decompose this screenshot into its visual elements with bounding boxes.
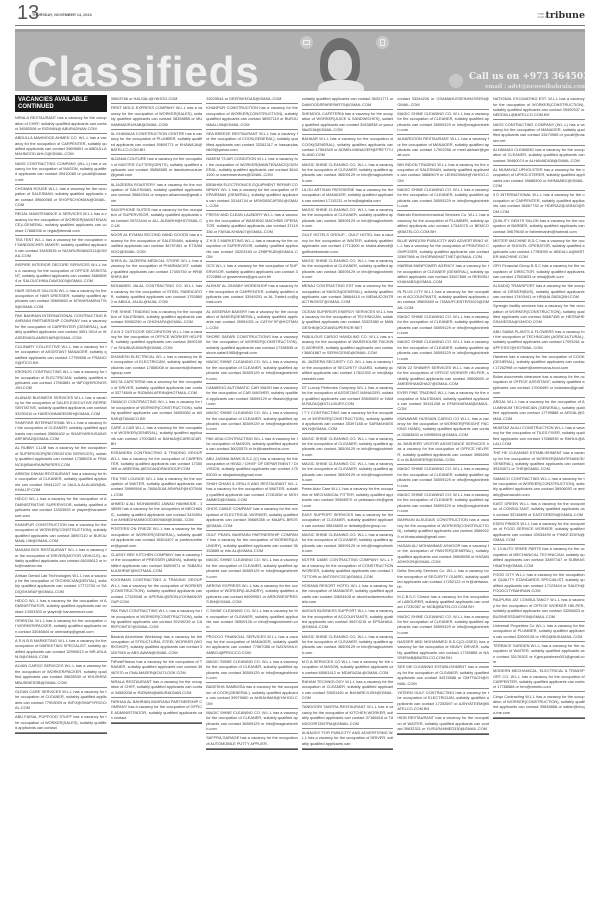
- classified-ad: MAGIC SHINE CLEANING CO. W.L.L has a vac…: [206, 556, 298, 581]
- classified-ad: HIDCO W.L.L has a vacancy for the occupa…: [15, 597, 107, 617]
- call-icon: [449, 74, 463, 88]
- classified-ad: KHANPUR CONSTRUCTION has a vacancy for t…: [206, 104, 298, 129]
- classified-ad: MUMTAZ ALALI CONSTRUCTION W.L.L has a va…: [493, 424, 585, 449]
- classified-ad: MOHAMED JALAL CONTRACTING CO. W.L.L has …: [111, 282, 203, 307]
- classified-ad: FABULOUS CARGO HANDLING CO. W.L.L has a …: [302, 333, 394, 358]
- classified-ad: DHANESH ELECTRICAL W.L.L has a vacancy f…: [111, 353, 203, 378]
- column-divider: [206, 749, 298, 750]
- classified-ad: CULINARY COLLECTIVE W.L.L has a vacancy …: [15, 343, 107, 368]
- classified-ad: Bahrain Electromechanical Services Co. W…: [397, 211, 489, 236]
- classified-ad: MAGIC SHINE CLEANING CO. W.L.L has a vac…: [397, 110, 489, 135]
- contact-email: email : advt@newsofbahrain.com: [485, 84, 585, 90]
- classified-ad: CARE 4 CAR W.L.L has a vacancy for the o…: [111, 424, 203, 449]
- classified-ad: EASY SUPPORT SERVICES has a vacancy for …: [302, 511, 394, 531]
- classified-ad: Cinqo Contracting W.L.L has a vacancy fo…: [493, 692, 585, 717]
- classified-ad: M.C.B.S.C Closed has a vacancy for the o…: [397, 592, 489, 612]
- classified-ad: ARBOW DIWAN RESTAURANT has a vacancy for…: [15, 470, 107, 495]
- column-divider: [111, 723, 203, 724]
- classified-ad: MAKANI BOX RESTAURANT W.L.L has a vacanc…: [15, 546, 107, 571]
- classified-ad: OFH Financial Group B.S.C has a vacancy …: [493, 262, 585, 282]
- classified-ad: MAGIC SHINE CLEANING CO. W.L.L has a vac…: [302, 434, 394, 459]
- classified-ad: PAK ASIA CONTRACTING W.L.L has a vacancy…: [206, 434, 298, 454]
- classified-ad: MAGIC SHINE CLEANING CO. W.L.L has a vac…: [397, 338, 489, 363]
- classified-ad: ALVAN CARGO SERVICES W.L.L has a vacancy…: [15, 662, 107, 687]
- classified-ad: Hardees has a vacancy for the occupation…: [493, 353, 585, 373]
- ads-columns: VACANCIES AVAILABLE CONTINUEDNIRALA REST…: [15, 95, 585, 859]
- column-divider: [302, 749, 394, 750]
- classified-ad: SEA BREEZE RESTAURANT W.L.L has a vacanc…: [206, 130, 298, 155]
- classified-ad: PAK RAVI CONTRACTING W.L.L has a vacancy…: [111, 607, 203, 632]
- classified-ad: MAGIC SHINE CLEANING CO. W.L.L has a vac…: [302, 531, 394, 556]
- classified-ad: MAGIC SHINE CLEANING CO. W.L.L has a vac…: [302, 206, 394, 231]
- classified-ad: INSPIRE INTERIOR DECORE SERVICES W.L.L h…: [15, 261, 107, 286]
- classified-ad: contact 33344226 or OSAMAHUSSEINHUSSEIN@…: [397, 95, 489, 110]
- classified-ad: MAGIC SHINE CLEANING CO. W.L.L has a vac…: [397, 612, 489, 637]
- classified-ad: Z A N Z OUTDOOR DECORATION W.L.L has a v…: [111, 327, 203, 352]
- classified-ad: ALBARDOON RESTAURANT W.L.L has a vacancy…: [397, 135, 489, 160]
- operator-illustration: [318, 36, 360, 91]
- mail-icon: [300, 36, 313, 49]
- ad-column-4: suitably qualified applicants can contac…: [302, 95, 394, 859]
- classified-ad: YATEEM GULF CONTRACTING has a vacancy fo…: [397, 689, 489, 714]
- phone-icon: [376, 36, 389, 49]
- classified-ad: HIDB RESTAURANT has a vacancy for the oc…: [397, 714, 489, 734]
- classified-ad: QUALITY GENTS SALON has a vacancy for th…: [493, 217, 585, 237]
- classified-ad: AL JAZEERA SECURITY CO. W.L.L has a vaca…: [302, 358, 394, 383]
- classified-ad: TEA TENT W.L.L has a vacancy for the occ…: [15, 236, 107, 261]
- logo-text: tribune: [545, 10, 585, 21]
- classified-ad: MODERN MECHANICAL, ELECTRICAL & TRANSPOR…: [493, 667, 585, 692]
- classified-ad: Bavaria Aluminium Workshop has a vacancy…: [111, 632, 203, 657]
- classified-ad: ALKHAT AL ZAHABY WORKSHOP has a vacancy …: [206, 282, 298, 307]
- classified-ad: ARGAL W.L.L has a vacancy for the occupa…: [493, 398, 585, 423]
- classified-ad: BAHRAIN ALSUDAIS CONSTRUCTION has a vaca…: [397, 516, 489, 541]
- ad-column-2: 39603766 or HALSALI@YAHOO.COMFIRST MOLD …: [111, 95, 203, 859]
- classified-ad: NATIONAL EXCAVATING EST. W.L.L has a vac…: [493, 95, 585, 120]
- classified-ad: MISTER MACHINE B.S.C has a vacancy for t…: [493, 237, 585, 262]
- classified-ad: 3 D INTERNATIONAL W.L.L has a vacancy fo…: [493, 191, 585, 216]
- classified-ad: ALNAGDY FOR PUBLICITY AND ADVERTISING W.…: [302, 729, 394, 749]
- classified-ad: FRESH AND CLEAN LAUNDRY W.L.L has a vaca…: [206, 211, 298, 236]
- classified-ad: CHOMAN HOUSE W.L.L has a vacancy for the…: [15, 185, 107, 210]
- classified-ad: DT Luxury Perfumes Company W.L.L has a v…: [302, 384, 394, 409]
- classified-ad: MAGIC SHINE CLEANING CO. W.L.L has a vac…: [206, 658, 298, 683]
- classified-ad: ALJAZEERA ROASTERY has a vacancy for the…: [111, 180, 203, 205]
- classified-ad: CAMARGO AUTOMATIC CAR WASH has a vacancy…: [206, 384, 298, 409]
- classified-ad: ALANASI BUSINESS SERVICES W.L.L has a va…: [15, 393, 107, 418]
- classified-ad: EDEN PINKES W.L.L has a vacancy for the …: [493, 520, 585, 545]
- newspaper-logo[interactable]: THE DAILYtribune: [537, 10, 585, 21]
- classified-ad: KHANPUR CONSTRUCTION has a vacancy for t…: [15, 521, 107, 546]
- classified-ad: MARINA MANPOWER AGENCY has a vacancy for…: [397, 262, 489, 287]
- classified-ad: PAK BAHRAIN INTERNATIONAL CONTRACTING BA…: [15, 312, 107, 343]
- classified-ad: SHIFA AL JAZEERA MEDICAL STORE W.L.L has…: [111, 257, 203, 282]
- classified-ad: Bolan documents clearance has a vacancy …: [493, 373, 585, 398]
- classified-ad: I T Y CONTRACTING has a vacancy for the …: [302, 409, 394, 434]
- classified-ad: BIN INDON TRADING W.L.L has a vacancy fo…: [397, 160, 489, 185]
- classified-ad: MAGIC SHINE CLEANING CO. W.L.L has a vac…: [397, 491, 489, 516]
- classified-ad: Z H B 2 MARKETING W.L.L has a vacancy fo…: [206, 237, 298, 262]
- classified-ad: BLUE WINDOW PUBLICITY AND ADVERTISING W.…: [397, 237, 489, 262]
- classified-ad: ALDANA COUTURE has a vacancy for the occ…: [111, 155, 203, 180]
- section-heading: VACANCIES AVAILABLE CONTINUED: [15, 95, 107, 112]
- classifieds-banner: Classifieds Call us on +973 36450394 ema…: [15, 29, 585, 91]
- classified-ad: Petes Auto Care W.L.L has a vacancy for …: [302, 485, 394, 510]
- contact-phone: Call us on +973 36450394: [469, 72, 585, 82]
- classified-ad: NAEEM 73 AIR CONDITION W.L.L has a vacan…: [206, 155, 298, 180]
- ad-column-1: VACANCIES AVAILABLE CONTINUEDNIRALA REST…: [15, 95, 107, 859]
- classified-ad: ALHAMADI CLEANING has a vacancy for the …: [493, 146, 585, 166]
- classified-ad: DELTA CAFETERIA has a vacancy for the oc…: [111, 378, 203, 398]
- classified-ad: NOTRE DAME CONTRACTING COMPANY W.L.L has…: [302, 556, 394, 581]
- classified-ad: SHAH GHANI & GRILLS AND RESTAURANT W.L.L…: [206, 480, 298, 505]
- classified-ad: OCEAN SUPERIOR ENERGY SERVICES W.L.L has…: [302, 307, 394, 332]
- ad-column-3: 33025544 or DEEPAKEDAS@GMAIL.COMKHANPUR …: [206, 95, 298, 859]
- classified-ad: GLEAN CARE SERVICES W.L.L has a vacancy …: [15, 688, 107, 713]
- classified-ad: HOSANA RESORT HOTEL W.L.L has a vacancy …: [302, 582, 394, 607]
- classified-ad: MAGIC SHINE CLEANING CO. W.L.L has a vac…: [206, 409, 298, 434]
- classified-ad: IN PLUS CITY W.L.L has a vacancy for the…: [397, 287, 489, 312]
- column-divider: [493, 718, 585, 719]
- classified-ad: THE SHINE TRADING has a vacancy for the …: [111, 307, 203, 327]
- classified-ad: 33025544 or DEEPAKEDAS@GMAIL.COM: [206, 95, 298, 104]
- classified-ad: AL ASSERAH BAKERY has a vacancy for the …: [206, 307, 298, 332]
- classified-ad: ABU SAIBA PLANTS & FLOWERS has a vacancy…: [493, 327, 585, 352]
- classified-ad: MAGIC SHINE CLEANING CO. W.L.L has a vac…: [302, 257, 394, 282]
- classified-ad: V. 13 AUTO SPARE PARTS has a vacancy for…: [493, 545, 585, 570]
- classified-ad: CLASSY BEE KITCHEN COMPANY has a vacancy…: [111, 551, 203, 576]
- classified-ad: ORIENTAL W.L.L has a vacancy for the occ…: [15, 617, 107, 637]
- classified-ad: AMOUS BUSINESS SUPPORT W.L.L has a vacan…: [302, 607, 394, 632]
- classified-ad: suitably qualified applicants can contac…: [302, 95, 394, 110]
- classified-ad: 39603766 or HALSALI@YAHOO.COM: [111, 95, 203, 104]
- ad-column-6: NATIONAL EXCAVATING EST. W.L.L has a vac…: [493, 95, 585, 859]
- classified-ad: MAGIC SHINE CLEANING CO. W.L.L has a vac…: [302, 460, 394, 485]
- classified-ad: GULF PEARL BAHRAINI PARTNERSHIP COMPANY …: [206, 531, 298, 556]
- classified-ad: SEE ME CLEANING ESTABLISHMENT has a vaca…: [397, 663, 489, 688]
- classified-ad: MAGIC SHINE CLEANING CO. W.L.L has a vac…: [302, 160, 394, 185]
- masthead: 13 THURSDAY, NOVEMBER 14, 2024 THE DAILY…: [15, 2, 585, 26]
- classified-ad: RAJPURA JAT CONSULTANCY W.L.L has a vaca…: [493, 596, 585, 621]
- classified-ad: NIRALA RESTAURANT has a vacancy for the …: [15, 114, 107, 134]
- classified-ad: GHOS CABLE COMPANY has a vacancy for the…: [206, 505, 298, 530]
- classified-ad: FOOD CITY W.L.L has a vacancy for the oc…: [493, 571, 585, 596]
- classified-ad: NASSER ABD MOHAMMED B.S.C(CLOSED) has a …: [397, 638, 489, 663]
- classified-ad: BADESHA SAMBOSA has a vacancy for the oc…: [206, 683, 298, 708]
- classified-ad: BAHAAR W.L.L has a vacancy for the occup…: [302, 135, 394, 160]
- classified-ad: RAHAM TECHNOLOGY W.L.L has a vacancy for…: [302, 678, 394, 703]
- classified-ad: FARHAA AL BAHRAIN BAHRAINI PARTNERSHIP C…: [111, 698, 203, 723]
- classified-ad: EVER FINE TRADING W.L.L has a vacancy fo…: [397, 389, 489, 414]
- classified-ad: ARROW EXPRESS W.L.L has a vacancy for th…: [206, 582, 298, 607]
- classified-ad: NIRALA RESTAURANT has a vacancy for the …: [111, 678, 203, 698]
- classified-ad: NASS CONTRACTING COMPANY (W.L.L) has a v…: [493, 120, 585, 145]
- classified-ad: SAMACO CONTRACTING W.L.L has a vacancy f…: [493, 474, 585, 499]
- classified-ad: Synergic facility services has a vacancy…: [493, 302, 585, 327]
- classified-ad: AL BASHEER VISITOR ASSISTANCE SERVICES h…: [397, 440, 489, 465]
- classified-ad: MENAJ CONTRACTING EST has a vacancy for …: [302, 282, 394, 307]
- classified-ad: POSTERS ON FRIEZE W.L.L has a vacancy fo…: [111, 525, 203, 550]
- classified-ad: SAXOPHONE SUITES has a vacancy for the o…: [111, 206, 203, 231]
- classified-ad: NASS CONTRACTING COMPANY (W.L.L) has a v…: [15, 159, 107, 184]
- classified-ad: EAST GREEN W.L.L has a vacancy for the o…: [493, 500, 585, 520]
- classified-ad: PROCCO FINANCIAL SERVICES W.L.L has a va…: [206, 632, 298, 657]
- classified-ad: LILOU ARTISAN PATISSERIE has a vacancy f…: [302, 186, 394, 206]
- classified-ad: NEW 22 SHAWRY SERVICES W.L.L has a vacan…: [397, 364, 489, 389]
- classified-ad: TANDOORI TANTRA RESTAURANT W.L.L has a v…: [302, 703, 394, 728]
- classified-ad: MUNAWAR HUSSAIN CARGO CO W.L.L has a vac…: [397, 414, 489, 439]
- classified-ad: C SHINE CLEANING CO. W.L.L has a vacancy…: [206, 607, 298, 632]
- classified-ad: MAGIC SHINE CLEANING CO. W.L.L has a vac…: [397, 465, 489, 490]
- classified-ad: AL KHAWAJA CONSTRUCTION CENTRE has a vac…: [111, 130, 203, 155]
- classified-ad: HAIR GENIUS SALOON W.L.L has a vacancy f…: [15, 286, 107, 311]
- classified-ad: Delta Security Services Co. W.L.L has a …: [397, 567, 489, 592]
- classified-ad: ABDULLA MAHMOOD AHMED CO. W.L.L has a va…: [15, 134, 107, 159]
- classified-ad: ALSADIQ TRANSPORT has a vacancy for the …: [493, 282, 585, 302]
- classified-ad: Artisan Dental Lab Technologies W.L.L ha…: [15, 571, 107, 596]
- classified-ad: GCS W.L.L has a vacancy for the occupati…: [206, 262, 298, 282]
- classified-ad: FIRST MOLD EXPRESS COMPANY W.L.L has a v…: [111, 104, 203, 129]
- classified-ad: KOOHMAN CONTRACTING & TRADING GROUP W.L.…: [111, 576, 203, 607]
- classified-ad: SHORE SAFARI CONSTRUCTIONS has a vacancy…: [206, 333, 298, 358]
- classified-ad: MAGIC SHINE CLEANING CO. W.L.L has a vac…: [206, 358, 298, 383]
- classified-ad: REGAL MAINTENANCE & SERVICES W.L.L has a…: [15, 210, 107, 235]
- classified-ad: AHMED & ALI MOHAMMED JAWAD HAMMODE - 148…: [111, 500, 203, 525]
- column-divider: [15, 733, 107, 734]
- classified-ad: FitFastFitness has a vacancy for the occ…: [111, 658, 203, 678]
- classified-ad: ABU FAISAL POPFOOD STUFF has a vacancy f…: [15, 713, 107, 733]
- classified-ad: A S N B B MARKETING W.L.L has a vacancy …: [15, 637, 107, 662]
- classified-ad: SHEMOOL CAFETERIA has a vacancy for the …: [302, 110, 394, 135]
- classified-ad: IBRAHIM ELECTRONICS EQUIPMENT REPAIR COM…: [206, 180, 298, 211]
- classified-ad: MAGIC SHINE CLEANING CO. W.L.L has a vac…: [302, 632, 394, 657]
- column-divider: [397, 734, 489, 735]
- classified-ad: MAGIC SHINE CLEANING CO. W.L.L has a vac…: [397, 186, 489, 211]
- classified-ad: THE HE CLEANING ESTABLISHMENT has a vaca…: [493, 449, 585, 474]
- classified-ad: ABU JASIMA BANK B.S.C.(C) has a vacancy …: [206, 454, 298, 479]
- classified-ad: Universal Properties Co W.L.L has a vaca…: [493, 622, 585, 642]
- classified-ad: AL RUBBY CLUB has a vacancy for the occu…: [15, 444, 107, 469]
- classified-ad: TAMACO CONTRACTING W.L.L has a vacancy f…: [111, 398, 203, 423]
- ad-column-5: contact 33344226 or OSAMAHUSSEINHUSSEIN@…: [397, 95, 489, 859]
- classified-ad: SHARYAR INTERNATIONAL W.L.L has a vacanc…: [15, 419, 107, 444]
- classified-ad: KRONOS CONTRACTING W.L.L has a vacancy f…: [15, 368, 107, 393]
- classified-ad: SAFFRA GARAGE has a vacancy for the occu…: [206, 734, 298, 749]
- classified-ad: M D A SERVICES CO W.L.L has a vacancy fo…: [302, 658, 394, 678]
- classified-ad: AL MUMAYAZ UPHOLSTER has a vacancy for t…: [493, 166, 585, 191]
- classified-ad: HIDCO W.L.L has a vacancy for the occupa…: [15, 495, 107, 520]
- classified-ad: MAGIC SHINE CLEANING CO. W.L.L has a vac…: [206, 709, 298, 734]
- classified-ad: MAGIC SHINE CLEANING CO. W.L.L has a vac…: [397, 313, 489, 338]
- classified-ad: ESSANDRA CONTRACTING & TRADING GROUP W.L…: [111, 449, 203, 474]
- classified-ad: NOOR AL EYMAN SECOND HAND GOODS has a va…: [111, 231, 203, 256]
- classified-ad: TEA THE LOUNGE W.L.L has a vacancy for t…: [111, 474, 203, 499]
- page-date: THURSDAY, NOVEMBER 14, 2024: [32, 13, 92, 17]
- banner-title: Classifieds: [27, 42, 260, 91]
- classified-ad: HASAN ALI MOHAMMAD ASHOOR has a vacancy …: [397, 542, 489, 567]
- classified-ad: TERRACE GARDEN W.L.L has a vacancy for t…: [493, 642, 585, 667]
- classified-ad: GULF HOTELS GROUP - GULF HOTEL has a vac…: [302, 231, 394, 256]
